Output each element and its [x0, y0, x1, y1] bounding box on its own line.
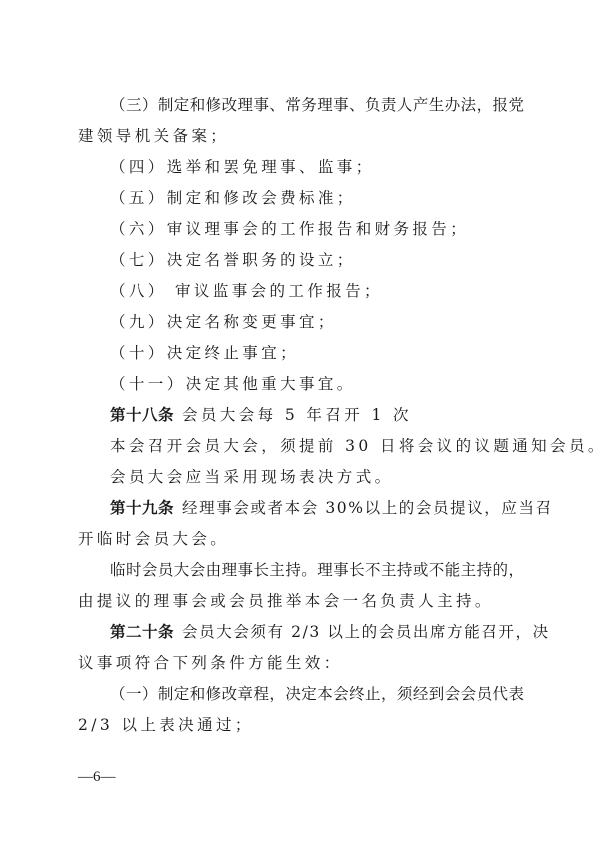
- article-19-p2-line-2: 由提议的理事会或会员推举本会一名负责人主持。: [78, 591, 524, 611]
- item-5: （五）制定和修改会费标准；: [110, 188, 524, 208]
- item-4: （四）选举和罢免理事、监事；: [110, 157, 524, 177]
- article-18-text: 会员大会每 5 年召开 1 次: [182, 406, 412, 424]
- item-8: （八） 审议监事会的工作报告；: [110, 281, 524, 301]
- article-18-p2: 本会召开会员大会，须提前 30 日将会议的议题通知会员。: [110, 436, 524, 456]
- item-11: （十一）决定其他重大事宜。: [110, 374, 524, 394]
- article-19-line-2: 开临时会员大会。: [78, 529, 524, 549]
- page-number: —6—: [78, 769, 116, 786]
- article-19-heading: 第十九条: [110, 499, 174, 517]
- article-18-p3: 会员大会应当采用现场表决方式。: [110, 467, 524, 487]
- article-18-heading: 第十八条: [110, 406, 174, 424]
- article-20-item-1-line-2: 2/3 以上表决通过；: [78, 715, 524, 735]
- item-10: （十）决定终止事宜；: [110, 343, 524, 363]
- document-page: （三）制定和修改理事、常务理事、负责人产生办法，报党 建领导机关备案； （四）选…: [0, 0, 600, 848]
- article-20-line-2: 议事项符合下列条件方能生效：: [78, 653, 524, 673]
- article-19-text-1: 经理事会或者本会 30%以上的会员提议，应当召: [182, 499, 553, 517]
- article-18-line: 第十八条会员大会每 5 年召开 1 次: [110, 405, 524, 425]
- article-19-line-1: 第十九条经理事会或者本会 30%以上的会员提议，应当召: [110, 498, 524, 518]
- article-20-item-1-line-1: （一）制定和修改章程，决定本会终止，须经到会会员代表: [110, 684, 524, 704]
- article-20-text-1: 会员大会须有 2/3 以上的会员出席方能召开，决: [182, 623, 550, 641]
- article-20-heading: 第二十条: [110, 623, 174, 641]
- item-7: （七）决定名誉职务的设立；: [110, 250, 524, 270]
- item-3-line-1: （三）制定和修改理事、常务理事、负责人产生办法，报党: [110, 95, 524, 115]
- item-9: （九）决定名称变更事宜；: [110, 312, 524, 332]
- item-3-line-2: 建领导机关备案；: [78, 126, 524, 146]
- article-19-p2-line-1: 临时会员大会由理事长主持。理事长不主持或不能主持的，: [110, 560, 524, 580]
- article-20-line-1: 第二十条会员大会须有 2/3 以上的会员出席方能召开，决: [110, 622, 524, 642]
- item-6: （六）审议理事会的工作报告和财务报告；: [110, 219, 524, 239]
